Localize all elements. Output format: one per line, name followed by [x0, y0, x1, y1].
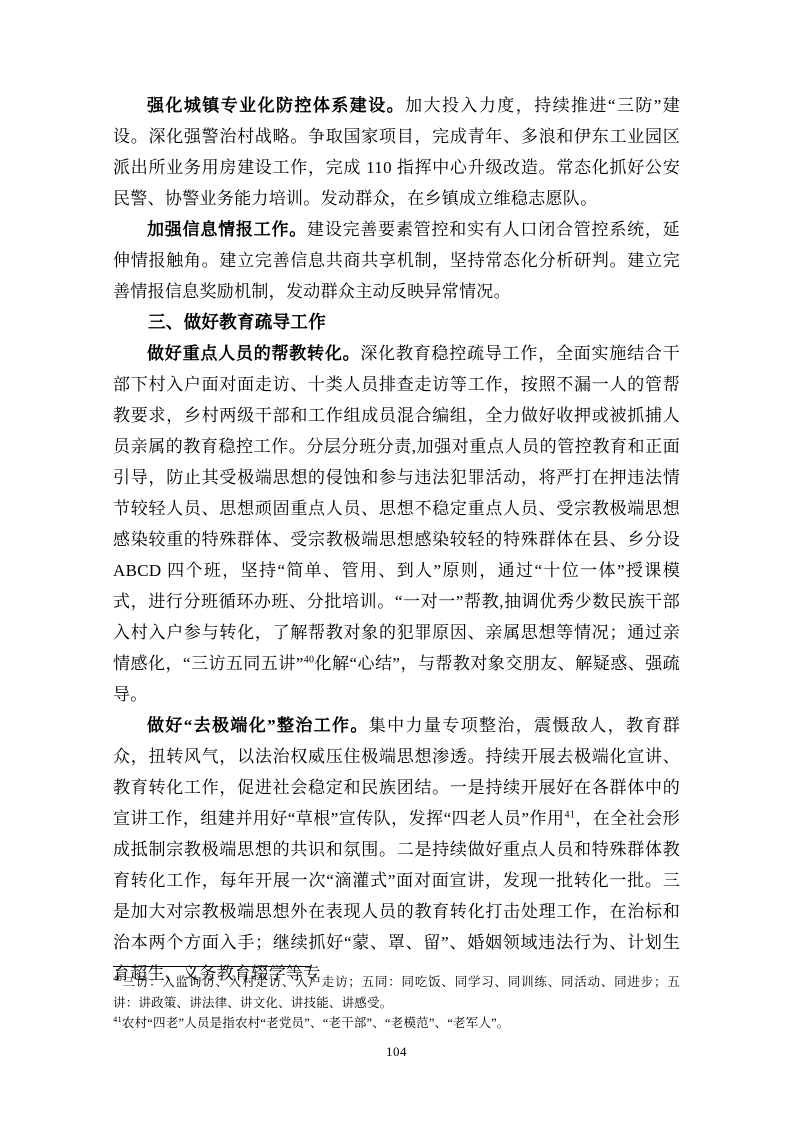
document-body: 强化城镇专业化防控体系建设。加大投入力度，持续推进“三防”建设。深化强警治村战略…: [113, 90, 680, 989]
document-page: 强化城镇专业化防控体系建设。加大投入力度，持续推进“三防”建设。深化强警治村战略…: [0, 0, 793, 1122]
paragraph-intelligence-work: 加强信息情报工作。建设完善要素管控和实有人口闭合管控系统，延伸情报触角。建立完善…: [113, 214, 680, 307]
section-heading: 三、做好教育疏导工作: [113, 307, 680, 338]
paragraph-lead: 做好重点人员的帮教转化。: [147, 344, 360, 363]
footnote-marker: 40: [113, 973, 122, 983]
paragraph-text: 深化教育稳控疏导工作，全面实施结合干部下村入户面对面走访、十类人员排查走访等工作…: [113, 344, 680, 673]
paragraph-lead: 做好“去极端化”整治工作。: [147, 716, 369, 735]
paragraph-key-persons-transformation: 做好重点人员的帮教转化。深化教育稳控疏导工作，全面实施结合干部下村入户面对面走访…: [113, 338, 680, 710]
paragraph-lead: 加强信息情报工作。: [147, 220, 307, 239]
footnote-ref-40: 40: [304, 654, 315, 665]
paragraph-text: ，在全社会形成抵制宗教极端思想的共识和氛围。二是持续做好重点人员和特殊群体教育转…: [113, 809, 680, 983]
page-number: 104: [0, 1044, 793, 1060]
footnote-ref-41: 41: [565, 809, 576, 820]
paragraph-lead: 强化城镇专业化防控体系建设。: [147, 96, 405, 115]
footnote-marker: 41: [113, 1014, 122, 1024]
paragraph-deextremification-work: 做好“去极端化”整治工作。集中力量专项整治，震慑敌人，教育群众，扭转风气，以法治…: [113, 710, 680, 989]
paragraph-urban-prevention: 强化城镇专业化防控体系建设。加大投入力度，持续推进“三防”建设。深化强警治村战略…: [113, 90, 680, 214]
footnote-text: 农村“四老”人员是指农村“老党员”、“老干部”、“老模范”、“老军人”。: [122, 1016, 510, 1030]
footnote-separator-line: [113, 966, 311, 967]
footnote-41: 41农村“四老”人员是指农村“老党员”、“老干部”、“老模范”、“老军人”。: [113, 1013, 680, 1034]
footnotes-section: 40三访：入监询访、入村走访、入户走访；五同：同吃饭、同学习、同训练、同活动、同…: [113, 966, 680, 1034]
footnote-text: 三访：入监询访、入村走访、入户走访；五同：同吃饭、同学习、同训练、同活动、同进步…: [113, 975, 680, 1010]
footnote-40: 40三访：入监询访、入村走访、入户走访；五同：同吃饭、同学习、同训练、同活动、同…: [113, 972, 680, 1013]
